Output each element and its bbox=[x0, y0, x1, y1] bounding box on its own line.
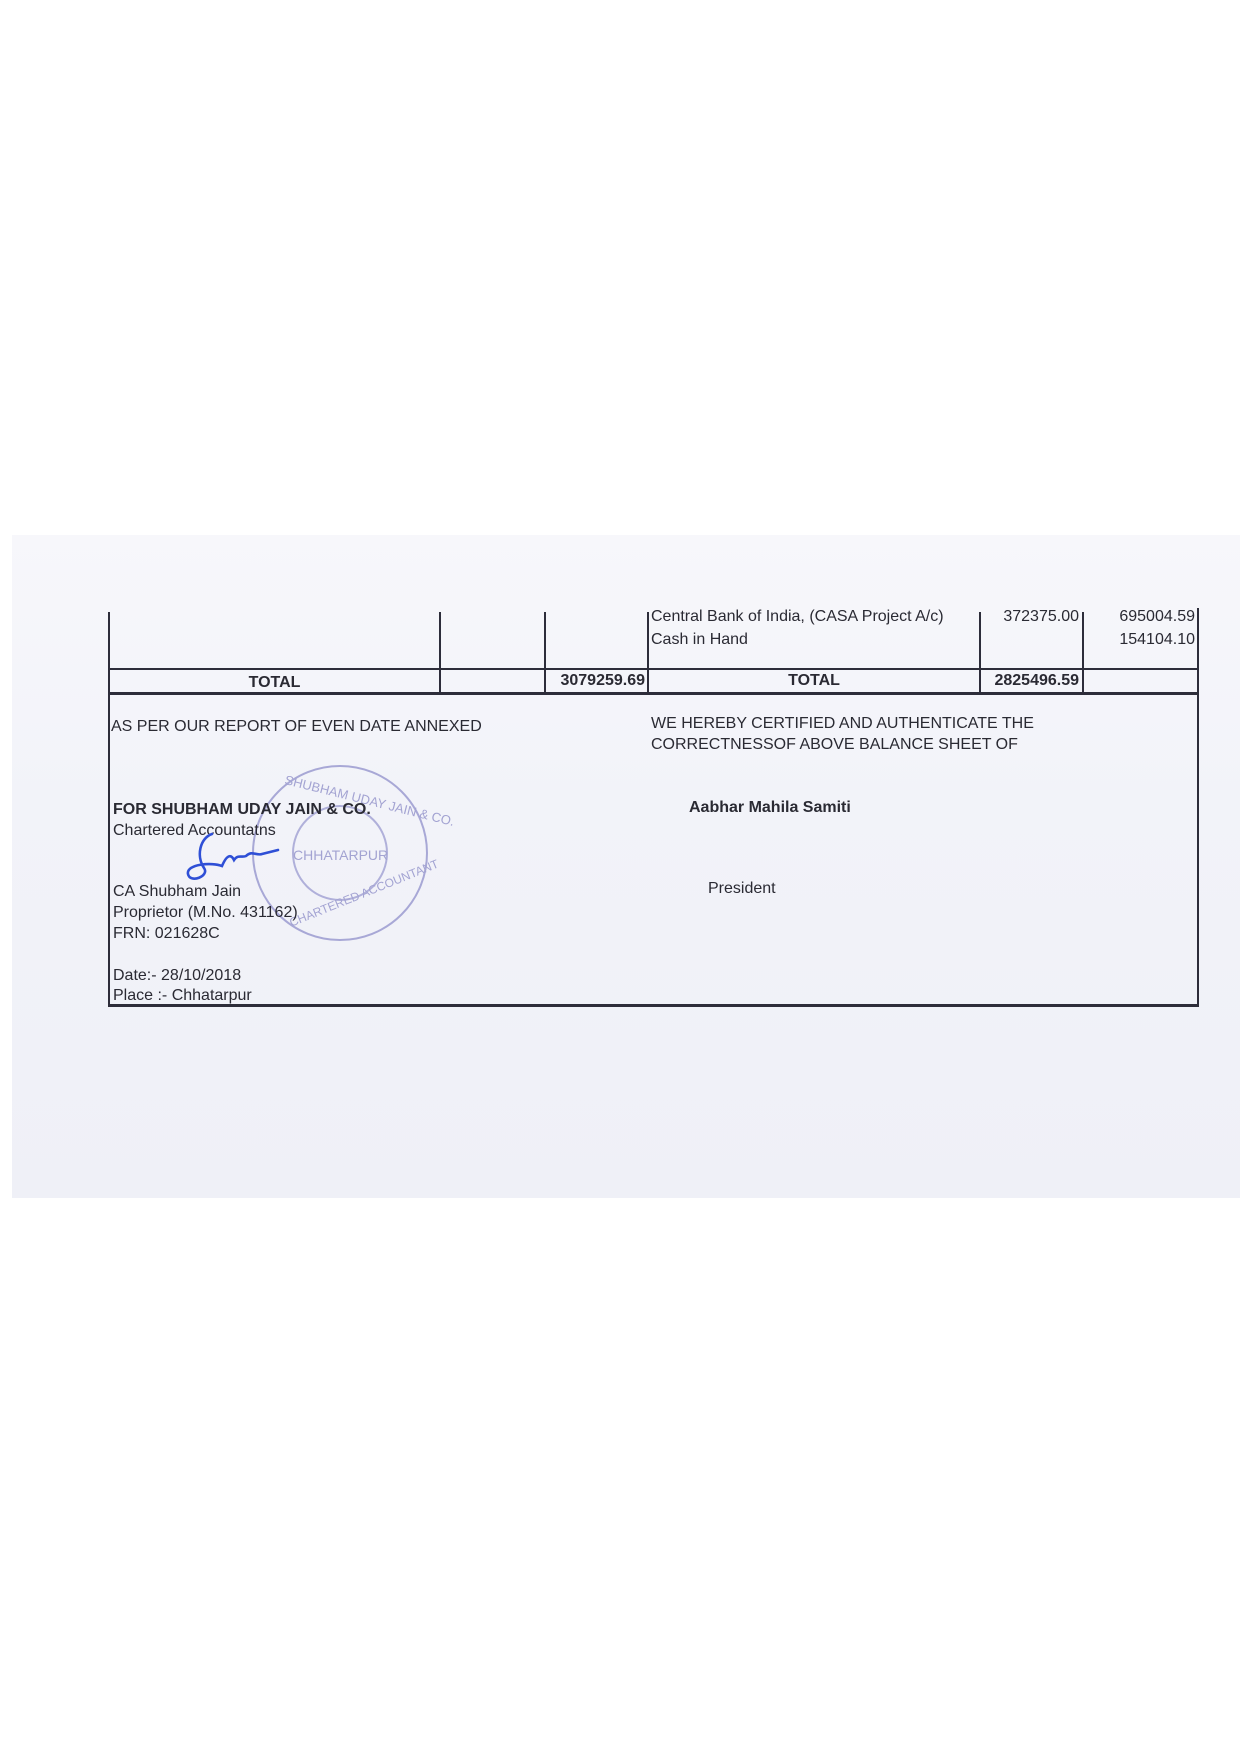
table-left-border bbox=[108, 612, 110, 1007]
firm-name: FOR SHUBHAM UDAY JAIN & CO. bbox=[113, 800, 371, 820]
sub-amount: 372375.00 bbox=[982, 607, 1079, 627]
stamp-center-text: CHHATARPUR bbox=[293, 845, 388, 865]
left-total-label: TOTAL bbox=[110, 673, 439, 693]
report-line: AS PER OUR REPORT OF EVEN DATE ANNEXED bbox=[111, 717, 482, 737]
total-row-top-line bbox=[108, 668, 1199, 670]
amount-central-bank: 695004.59 bbox=[1085, 607, 1195, 627]
auditor-frn: FRN: 021628C bbox=[113, 924, 220, 944]
certification-line-2: CORRECTNESSOF ABOVE BALANCE SHEET OF bbox=[651, 735, 1018, 755]
report-place: Place :- Chhatarpur bbox=[113, 986, 252, 1006]
particular-central-bank: Central Bank of India, (CASA Project A/c… bbox=[651, 607, 944, 627]
left-total-amount: 3079259.69 bbox=[546, 671, 645, 691]
signature-icon bbox=[182, 826, 282, 886]
amount-cash-in-hand: 154104.10 bbox=[1085, 630, 1195, 650]
table-bottom-line bbox=[108, 1004, 1199, 1007]
auditor-name: CA Shubham Jain bbox=[113, 882, 241, 902]
particular-cash-in-hand: Cash in Hand bbox=[651, 630, 748, 650]
auditor-membership: Proprietor (M.No. 431162) bbox=[113, 903, 298, 923]
col-divider-5 bbox=[1082, 612, 1084, 694]
col-divider-1 bbox=[439, 612, 441, 694]
right-total-label: TOTAL bbox=[649, 671, 979, 691]
signatory-title: President bbox=[708, 879, 776, 899]
certification-line-1: WE HEREBY CERTIFIED AND AUTHENTICATE THE bbox=[651, 714, 1034, 734]
right-total-amount: 2825496.59 bbox=[981, 671, 1079, 691]
organisation-name: Aabhar Mahila Samiti bbox=[689, 798, 851, 818]
report-date: Date:- 28/10/2018 bbox=[113, 966, 241, 986]
